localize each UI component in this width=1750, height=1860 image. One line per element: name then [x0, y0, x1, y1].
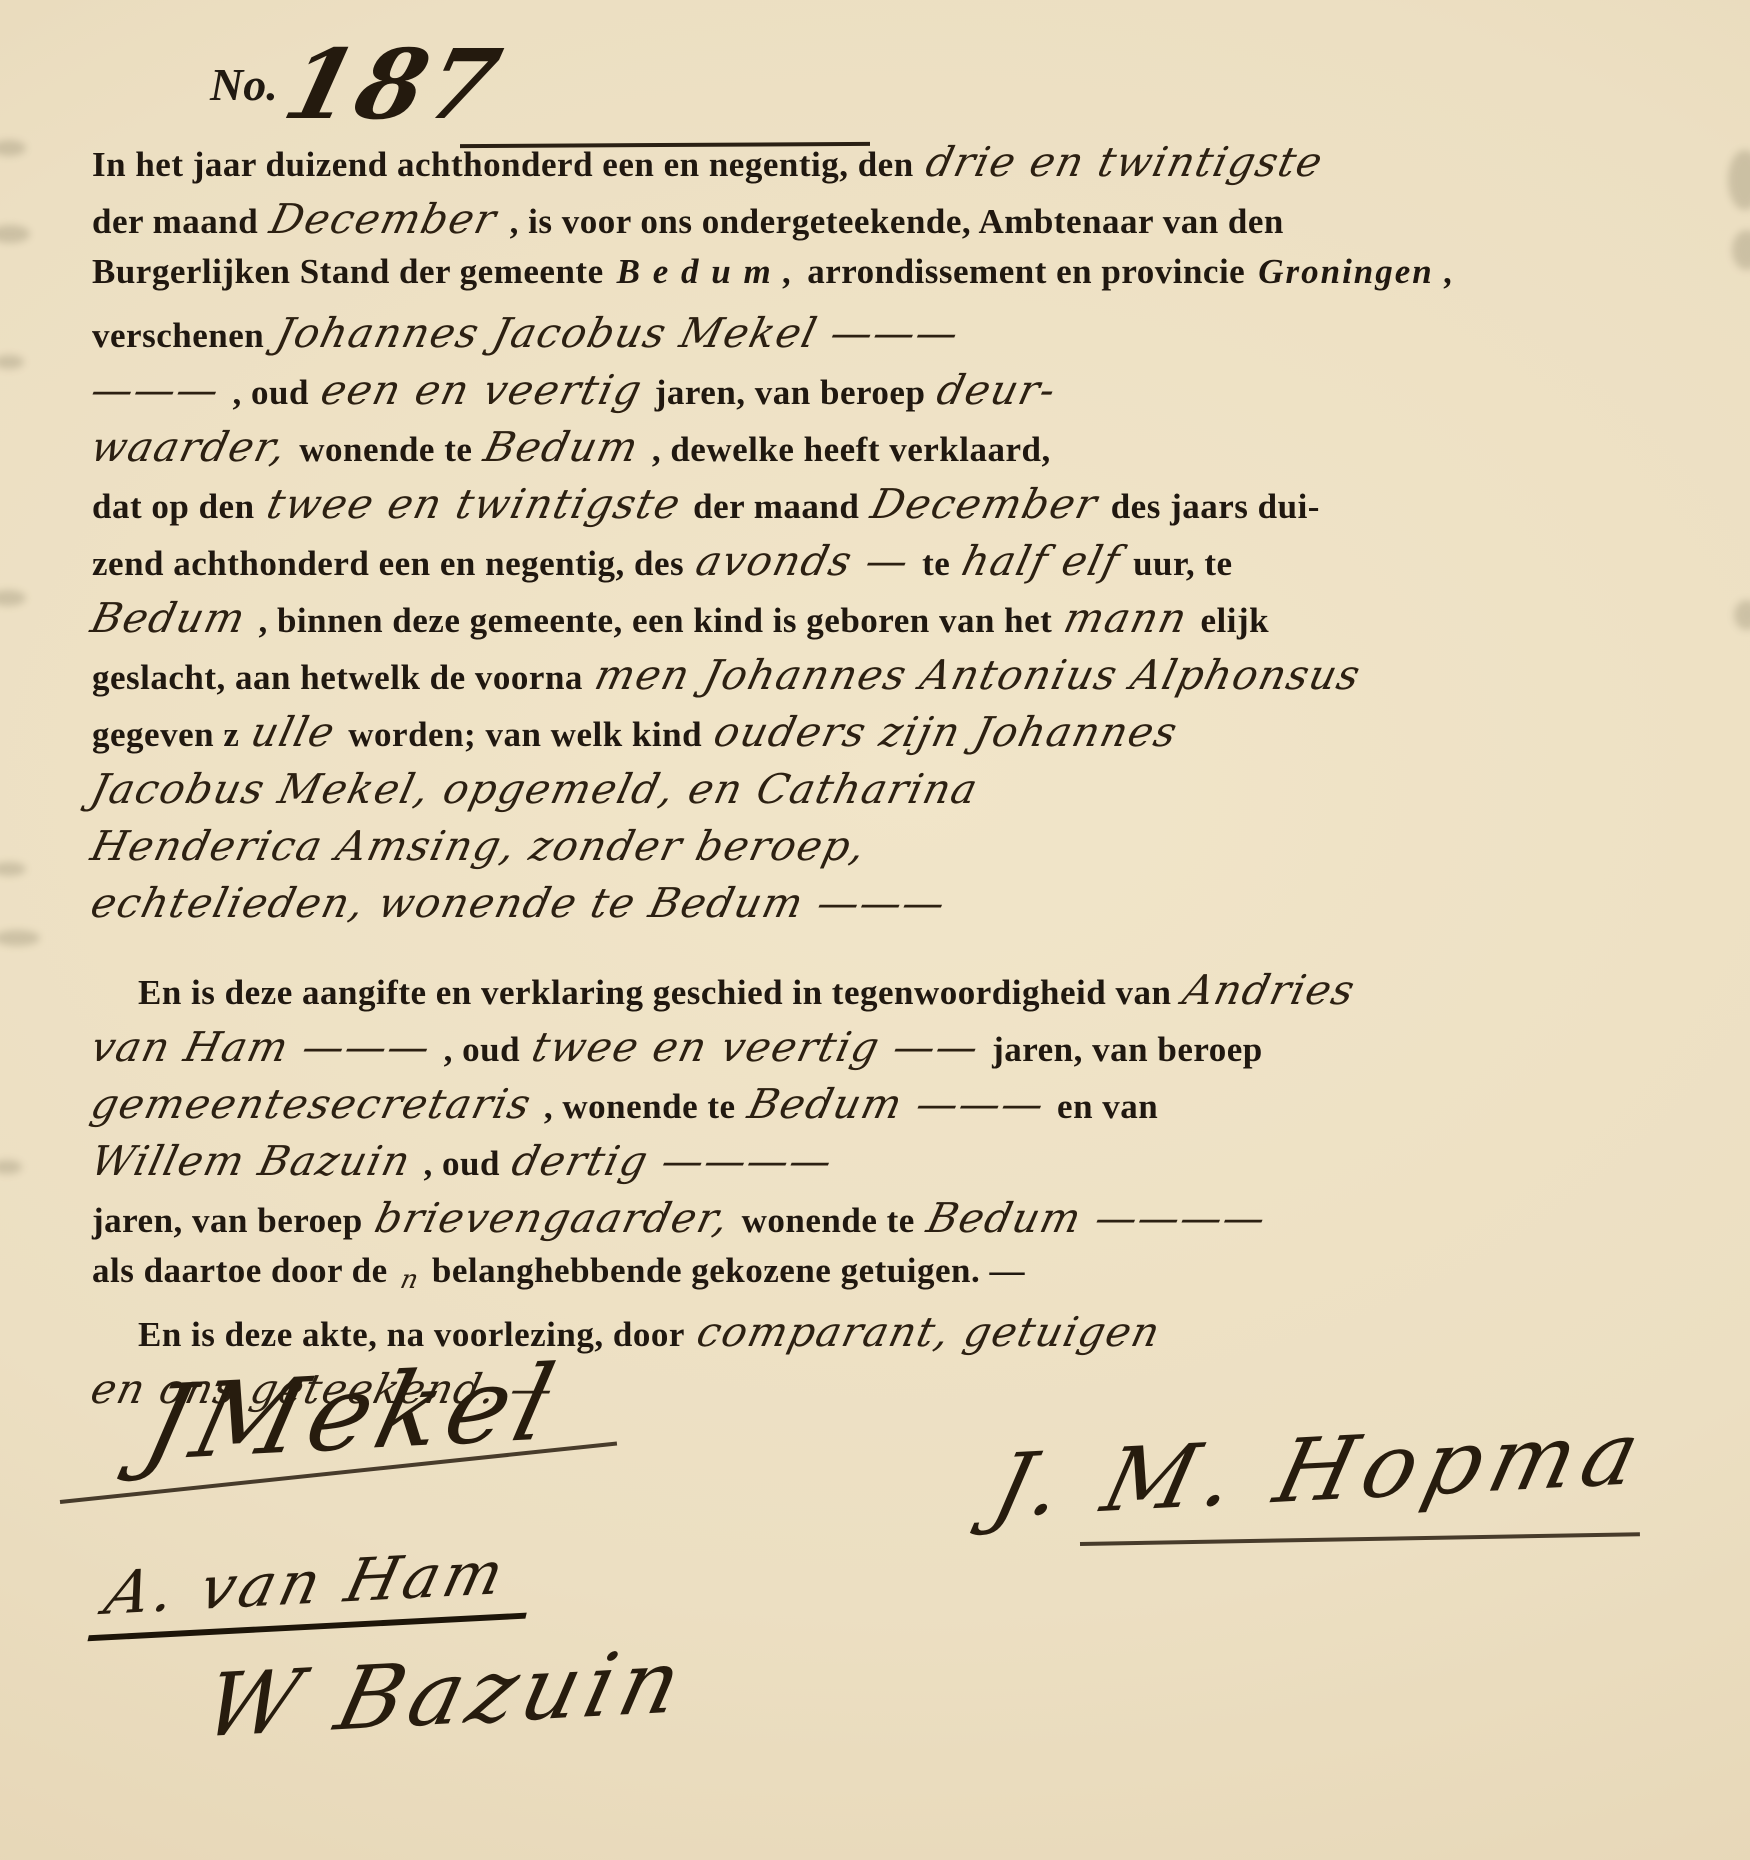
- handwritten-entry: Bedum ———: [743, 1080, 1050, 1128]
- printed-form-text: , oud: [424, 1144, 500, 1183]
- handwritten-entry: Andries: [1179, 966, 1361, 1014]
- printed-form-text: , wonende te: [544, 1087, 736, 1126]
- act-line: der maandDecember, is voor ons ondergete…: [92, 195, 1710, 252]
- handwritten-entry: echtelieden, wonende te Bedum ———: [86, 879, 951, 927]
- printed-form-text: , is voor ons ondergeteekende, Ambtenaar…: [510, 202, 1284, 241]
- printed-form-text: elijk: [1200, 601, 1269, 640]
- handwritten-entry: drie en twintigste: [921, 138, 1328, 186]
- printed-form-text: te: [922, 544, 950, 583]
- handwritten-entry: een en veertig: [316, 366, 647, 414]
- handwritten-entry: Henderica Amsing, zonder beroep,: [86, 822, 871, 870]
- printed-form-text: , oud: [444, 1030, 520, 1069]
- handwritten-entry: twee en veertig ——: [528, 1023, 985, 1071]
- act-line: Jacobus Mekel, opgemeld, en Catharina: [92, 765, 1710, 822]
- printed-form-text: verschenen: [92, 316, 264, 355]
- handwritten-entry: ouders zijn Johannes: [710, 708, 1183, 756]
- printed-form-text: , oud: [233, 373, 309, 412]
- printed-form-text: uur, te: [1133, 544, 1232, 583]
- signature-witness-1: A. van Ham: [87, 1537, 544, 1641]
- act-line: waarder,wonende teBedum, dewelke heeft v…: [92, 423, 1710, 480]
- signature-declarant: JMekel: [133, 1342, 571, 1485]
- act-number-value: 187: [274, 28, 515, 141]
- printed-form-text: jaren, van beroep: [992, 1030, 1263, 1069]
- printed-form-text: arrondissement en provincie: [807, 252, 1245, 291]
- printed-form-text: der maand: [92, 202, 258, 241]
- printed-form-text: , binnen deze gemeente, een kind is gebo…: [258, 601, 1052, 640]
- act-number-header: No.187: [0, 0, 1750, 120]
- printed-form-text: , dewelke heeft verklaard,: [652, 430, 1051, 469]
- signature-flourish: [1080, 1532, 1640, 1546]
- printed-form-text: In het jaar duizend achthonderd een en n…: [92, 145, 914, 184]
- handwritten-entry: n: [397, 1265, 422, 1295]
- act-line: Willem Bazuin, ouddertig ————: [92, 1137, 1710, 1194]
- printed-form-text: belanghebbende gekozene getuigen. —: [432, 1251, 1025, 1290]
- printed-form-text: als daartoe door de: [92, 1251, 388, 1290]
- handwritten-entry: ———: [86, 366, 225, 414]
- handwritten-entry: avonds —: [692, 537, 915, 585]
- handwritten-entry: half elf: [958, 537, 1126, 585]
- act-line: als daartoe door denbelanghebbende gekoz…: [92, 1251, 1710, 1308]
- handwritten-entry: December: [867, 480, 1103, 528]
- printed-form-text: wonende te: [299, 430, 472, 469]
- act-line: geslacht, aan hetwelk de voornamen Johan…: [92, 651, 1710, 708]
- handwritten-entry: men Johannes Antonius Alphonsus: [590, 651, 1365, 699]
- handwritten-entry: Bedum: [480, 423, 645, 471]
- act-number-label: No.: [210, 59, 278, 110]
- act-line: jaren, van beroepbrievengaarder,wonende …: [92, 1194, 1710, 1251]
- printed-form-text-italic: B e d u m ,: [617, 252, 795, 291]
- act-line: Burgerlijken Stand der gemeenteB e d u m…: [92, 252, 1710, 309]
- signature-witness-2: W Bazuin: [195, 1630, 697, 1758]
- handwritten-entry: brievengaarder,: [370, 1194, 734, 1242]
- printed-form-text: dat op den: [92, 487, 255, 526]
- act-line: verschenenJohannes Jacobus Mekel ———: [92, 309, 1710, 366]
- act-line: Bedum, binnen deze gemeente, een kind is…: [92, 594, 1710, 651]
- printed-form-text: jaren, van beroep: [92, 1201, 363, 1240]
- handwritten-entry: Bedum ————: [922, 1194, 1271, 1242]
- printed-form-text: gegeven z: [92, 715, 239, 754]
- printed-form-text: En is deze akte, na voorlezing, door: [138, 1315, 685, 1354]
- handwritten-entry: deur-: [933, 366, 1062, 414]
- handwritten-entry: ulle: [247, 708, 341, 756]
- handwritten-entry: mann: [1060, 594, 1193, 642]
- act-lines: In het jaar duizend achthonderd een en n…: [0, 120, 1750, 1422]
- handwritten-entry: twee en twintigste: [262, 480, 686, 528]
- handwritten-entry: Jacobus Mekel, opgemeld, en Catharina: [86, 765, 983, 813]
- handwritten-entry: December: [266, 195, 502, 243]
- handwritten-entry: gemeentesecretaris: [86, 1080, 536, 1128]
- printed-form-text: zend achthonderd een en negentig, des: [92, 544, 684, 583]
- act-line: Henderica Amsing, zonder beroep,: [92, 822, 1710, 879]
- act-line: En is deze aangifte en verklaring geschi…: [92, 966, 1710, 1023]
- printed-form-text-italic: Groningen ,: [1258, 252, 1455, 291]
- act-line: dat op dentwee en twintigsteder maandDec…: [92, 480, 1710, 537]
- printed-form-text: en van: [1057, 1087, 1158, 1126]
- act-line: In het jaar duizend achthonderd een en n…: [92, 138, 1710, 195]
- handwritten-entry: Willem Bazuin: [86, 1137, 416, 1185]
- printed-form-text: der maand: [693, 487, 859, 526]
- handwritten-entry: van Ham ———: [86, 1023, 436, 1071]
- printed-form-text: En is deze aangifte en verklaring geschi…: [138, 973, 1171, 1012]
- printed-form-text: wonende te: [742, 1201, 915, 1240]
- printed-form-text: des jaars dui-: [1111, 487, 1320, 526]
- act-line: gegeven zulleworden; van welk kindouders…: [92, 708, 1710, 765]
- act-line: echtelieden, wonende te Bedum ———: [92, 879, 1710, 936]
- printed-form-text: worden; van welk kind: [348, 715, 702, 754]
- handwritten-entry: Johannes Jacobus Mekel ———: [272, 309, 965, 357]
- handwritten-entry: waarder,: [86, 423, 291, 471]
- birth-certificate-scan: No.187 In het jaar duizend achthonderd e…: [0, 0, 1750, 1860]
- printed-form-text: Burgerlijken Stand der gemeente: [92, 252, 604, 291]
- act-line: ———, oudeen en veertigjaren, van beroepd…: [92, 366, 1710, 423]
- printed-form-text: jaren, van beroep: [655, 373, 926, 412]
- handwritten-entry: Bedum: [86, 594, 251, 642]
- printed-form-text: geslacht, aan hetwelk de voorna: [92, 658, 583, 697]
- act-line: van Ham ———, oudtwee en veertig ——jaren,…: [92, 1023, 1710, 1080]
- handwritten-entry: comparant, getuigen: [692, 1308, 1165, 1356]
- handwritten-entry: dertig ————: [507, 1137, 838, 1185]
- act-line: gemeentesecretaris, wonende teBedum ———e…: [92, 1080, 1710, 1137]
- act-line: zend achthonderd een en negentig, desavo…: [92, 537, 1710, 594]
